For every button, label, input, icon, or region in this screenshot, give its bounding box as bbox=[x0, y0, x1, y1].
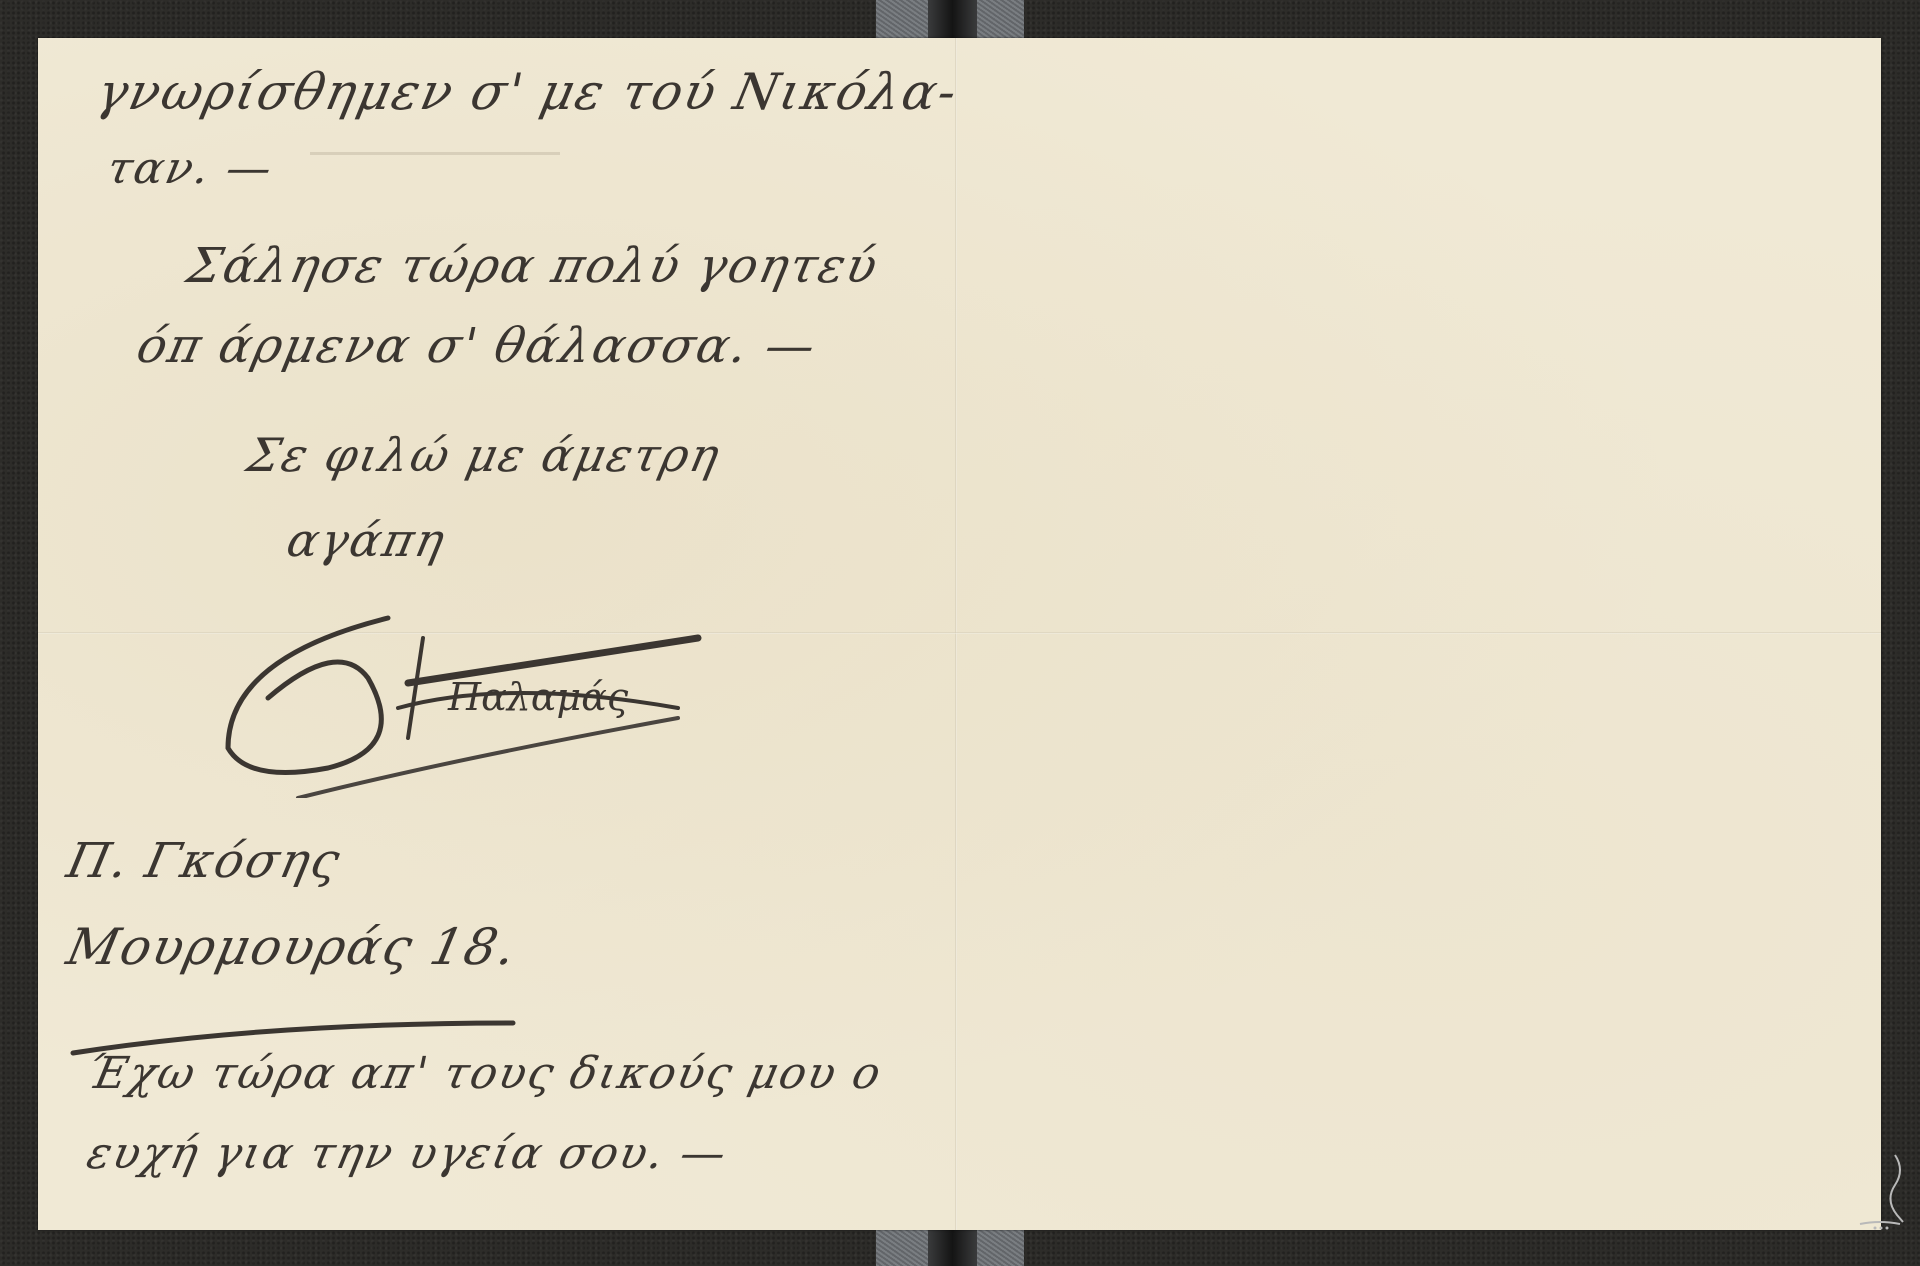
letter-sheet: γνωρίσθημεν σ' με τού Νικόλα- ταν. — Σάλ… bbox=[38, 38, 1881, 1230]
bleed-through-mark bbox=[310, 152, 560, 155]
closing-line-1: Σε φιλώ με άμετρη bbox=[242, 428, 726, 482]
place-line: Π. Γκόσης bbox=[62, 833, 346, 889]
date-line: Μουρμουράς 18. bbox=[62, 918, 523, 976]
signature-text: Παλαμάς bbox=[447, 675, 629, 719]
vertical-fold bbox=[955, 38, 957, 1230]
letter-line-2: ταν. — bbox=[103, 143, 279, 194]
floral-corner-ornament-icon bbox=[1855, 1150, 1915, 1230]
letter-line-3: Σάλησε τώρα πολύ γοητεύ bbox=[182, 238, 884, 294]
letter-line-4: όπ άρμενα σ' θάλασσα. — bbox=[132, 318, 822, 374]
postscript-line-2: ευχή για την υγεία σου. — bbox=[83, 1128, 733, 1179]
signature: Παλαμάς bbox=[208, 598, 728, 798]
postscript-line-1: Έχω τώρα απ' τους δικούς μου ο bbox=[83, 1048, 887, 1099]
letter-line-1: γνωρίσθημεν σ' με τού Νικόλα- bbox=[92, 63, 964, 121]
signature-flourish-icon: Παλαμάς bbox=[208, 598, 728, 798]
closing-line-2: αγάπη bbox=[282, 513, 451, 567]
